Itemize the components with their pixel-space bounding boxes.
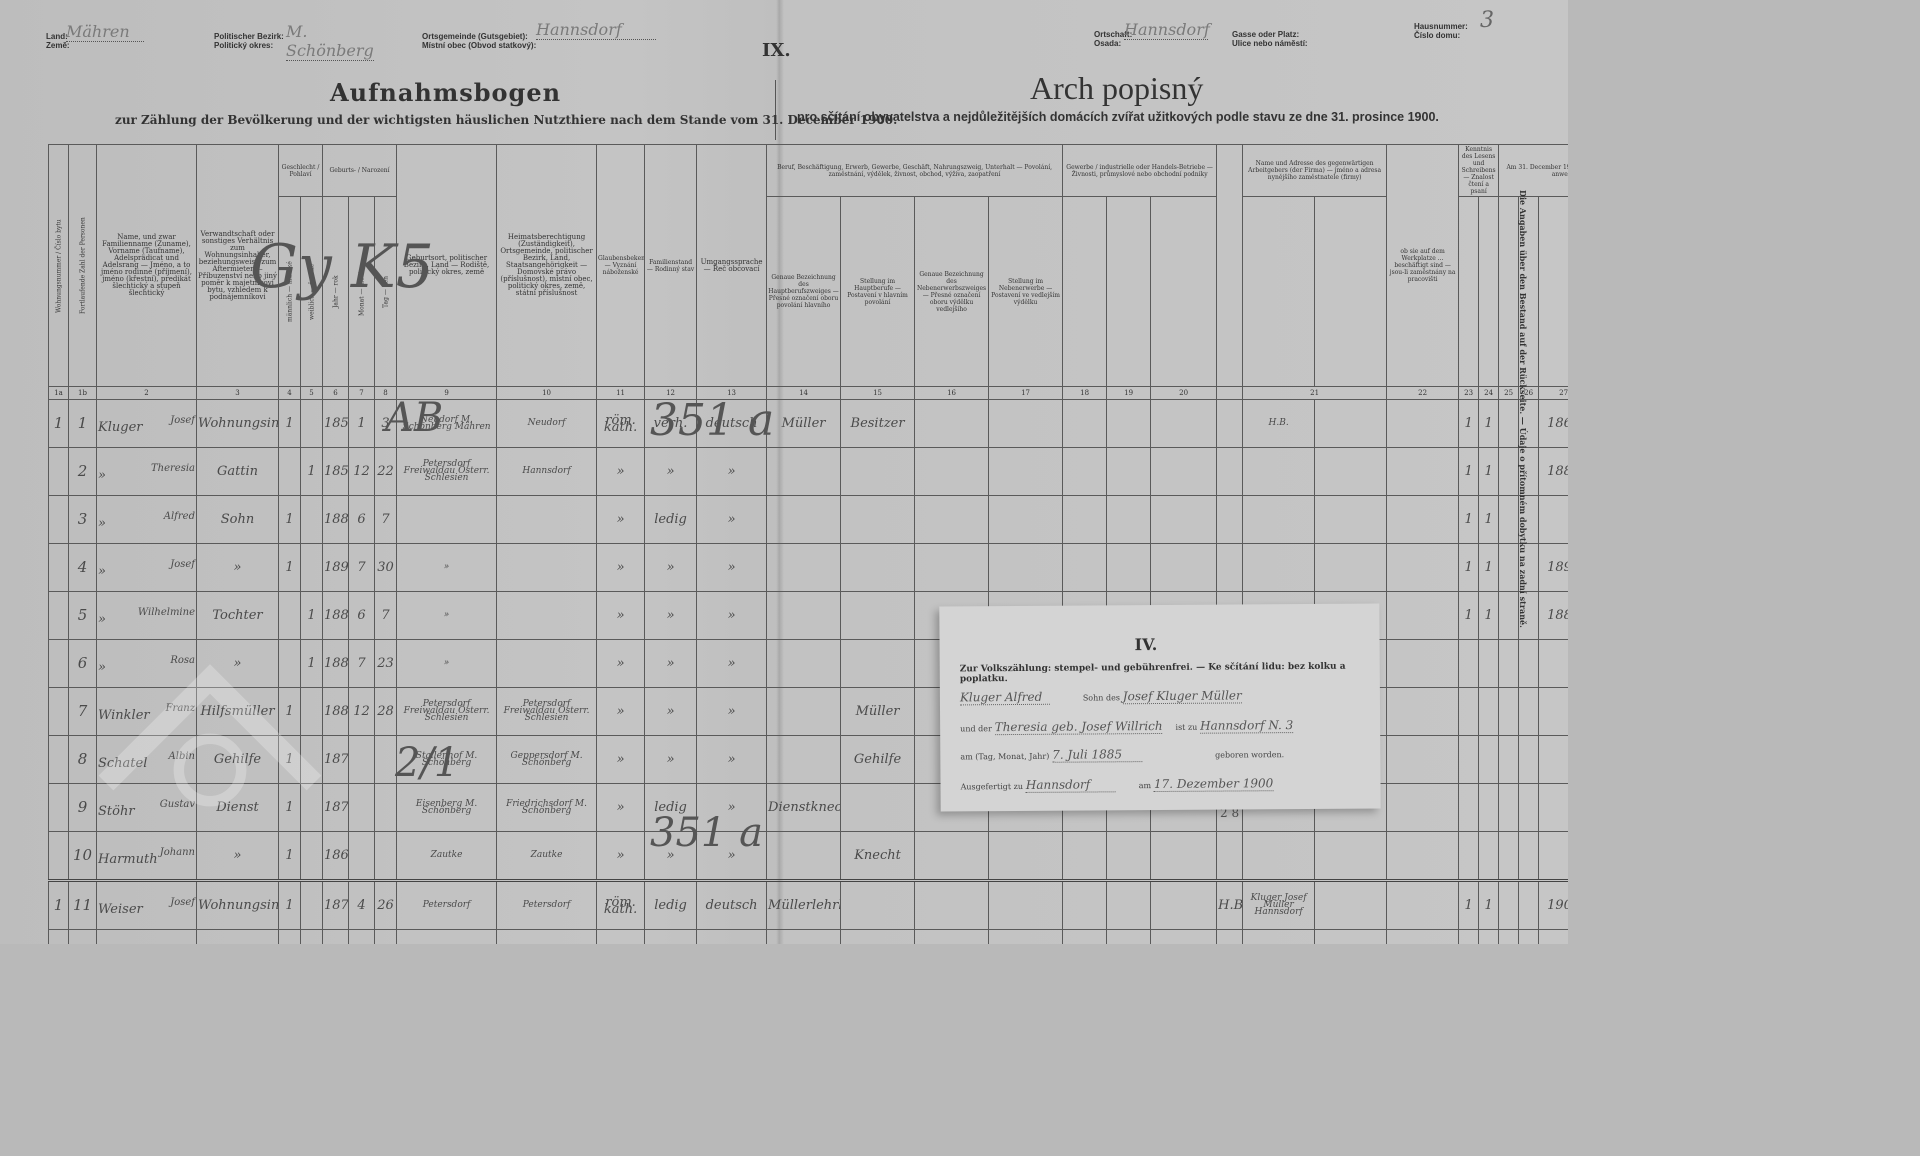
table-cell: 12 xyxy=(349,688,375,736)
table-cell xyxy=(767,640,841,688)
annotation-stamp: AB xyxy=(385,395,443,441)
colnum xyxy=(1217,387,1243,400)
table-cell: 1 xyxy=(301,592,323,640)
watermark-house-icon xyxy=(80,640,340,900)
table-cell xyxy=(1519,688,1539,736)
table-cell xyxy=(497,496,597,544)
table-cell xyxy=(1217,400,1243,448)
colnum: 1a xyxy=(49,387,69,400)
slip-am-label: am xyxy=(1139,781,1151,790)
table-cell: JosefineWinkler xyxy=(97,930,197,945)
table-cell: Petersdorf xyxy=(497,881,597,930)
table-cell: » xyxy=(397,544,497,592)
colnum: 24 xyxy=(1479,387,1499,400)
table-cell: Friedrichsdorf M. Schönberg xyxy=(497,784,597,832)
table-cell xyxy=(1063,832,1107,881)
table-cell xyxy=(767,544,841,592)
table-cell xyxy=(767,496,841,544)
table-cell: » xyxy=(397,640,497,688)
table-cell: 1852 xyxy=(323,448,349,496)
table-cell xyxy=(1499,784,1519,832)
table-cell: » xyxy=(697,688,767,736)
table-cell xyxy=(1519,640,1539,688)
table-cell: 22 xyxy=(375,448,397,496)
table-row: 12JosefineWinklerWirtschafterin11878Pete… xyxy=(49,930,1569,945)
table-cell xyxy=(767,736,841,784)
table-cell: 5 xyxy=(69,592,97,640)
table-cell xyxy=(915,400,989,448)
slip-mother-value: Theresia geb. Josef Willrich xyxy=(995,719,1163,735)
table-cell xyxy=(1243,930,1315,945)
table-cell xyxy=(1499,592,1519,640)
table-cell xyxy=(1315,832,1387,881)
table-cell: Gattin xyxy=(197,448,279,496)
table-cell xyxy=(1479,640,1499,688)
table-cell xyxy=(1063,400,1107,448)
col-21b-header xyxy=(1315,197,1387,387)
table-cell xyxy=(841,784,915,832)
table-cell xyxy=(349,784,375,832)
table-cell xyxy=(1519,832,1539,881)
table-cell xyxy=(49,736,69,784)
table-cell xyxy=(1499,544,1519,592)
table-cell xyxy=(841,448,915,496)
table-cell: 1 xyxy=(349,400,375,448)
table-cell xyxy=(1387,688,1459,736)
table-cell: » xyxy=(197,544,279,592)
subtitle-de: zur Zählung der Bevölkerung und der wich… xyxy=(115,113,897,127)
table-cell xyxy=(1315,400,1387,448)
table-cell xyxy=(1499,496,1519,544)
table-cell: Kluger Josef Müller Hannsdorf xyxy=(1243,881,1315,930)
table-cell xyxy=(349,832,375,881)
ortsgemeinde-label: Ortsgemeinde (Gutsgebiet):Místní obec (O… xyxy=(422,32,536,50)
colnum: 25 xyxy=(1499,387,1519,400)
table-cell xyxy=(597,930,645,945)
col-1b-header: Fortlaufende Zahl der Personen xyxy=(69,145,97,387)
table-cell: Geppersdorf M. Schönberg xyxy=(497,736,597,784)
table-cell: JosefKluger xyxy=(97,400,197,448)
table-cell xyxy=(841,640,915,688)
table-cell xyxy=(841,496,915,544)
table-cell: » xyxy=(697,640,767,688)
slip-sohn-label: Sohn des xyxy=(1083,693,1120,702)
table-cell: Wohnungsinhaber xyxy=(197,400,279,448)
table-cell xyxy=(279,448,301,496)
table-cell xyxy=(767,688,841,736)
table-cell: » xyxy=(597,592,645,640)
table-cell xyxy=(1499,400,1519,448)
table-cell: » xyxy=(597,784,645,832)
colnum: 1b xyxy=(69,387,97,400)
table-row: 2Theresia»Gattin118521222Petersdorf Frei… xyxy=(49,448,1569,496)
table-cell xyxy=(1387,592,1459,640)
table-cell xyxy=(1151,544,1217,592)
table-cell xyxy=(841,592,915,640)
col-14-header: Genaue Bezeichnung des Hauptberufszweige… xyxy=(767,197,841,387)
col-18-header xyxy=(1063,197,1107,387)
table-cell: Zautke xyxy=(397,832,497,881)
table-cell xyxy=(767,832,841,881)
fold-line xyxy=(775,80,776,140)
table-cell: » xyxy=(697,496,767,544)
table-cell xyxy=(375,784,397,832)
table-cell xyxy=(1243,544,1315,592)
slip-issued-value: Hannsdorf xyxy=(1026,777,1116,793)
bezirk-value: M. Schönberg xyxy=(286,22,374,61)
col-vertical-note xyxy=(1217,145,1243,387)
gasse-label: Gasse oder Platz:Ulice nebo náměstí: xyxy=(1232,30,1308,48)
colnum: 17 xyxy=(989,387,1063,400)
table-cell: Petersdorf Freiwaldau Österr. Schlesien xyxy=(397,688,497,736)
table-cell: Besitzer xyxy=(841,400,915,448)
table-cell xyxy=(1107,448,1151,496)
col-21-header: Name und Adresse des gegenwärtigen Arbei… xyxy=(1243,145,1387,197)
table-cell: 1900 xyxy=(1539,881,1568,930)
col-22-header: ob sie auf dem Werkplatze … beschäftigt … xyxy=(1387,145,1459,387)
table-cell: 1878 xyxy=(323,930,349,945)
table-cell: » xyxy=(697,448,767,496)
table-cell xyxy=(1539,930,1568,945)
table-cell: 1885 xyxy=(1539,448,1568,496)
table-cell xyxy=(49,544,69,592)
table-cell xyxy=(1387,640,1459,688)
col-23-header xyxy=(1459,197,1479,387)
colnum: 23 xyxy=(1459,387,1479,400)
table-cell: 26 xyxy=(375,881,397,930)
table-cell xyxy=(915,496,989,544)
table-row: 3Alfred»Sohn1188567»ledig»11M. Schönberg… xyxy=(49,496,1569,544)
table-cell xyxy=(49,448,69,496)
colnum: 4 xyxy=(279,387,301,400)
table-cell: 7 xyxy=(349,640,375,688)
slip-name-value: Kluger Alfred xyxy=(960,690,1050,706)
table-cell xyxy=(1151,496,1217,544)
table-cell: Müller xyxy=(841,688,915,736)
table-cell xyxy=(375,736,397,784)
table-cell: röm. kath. xyxy=(597,881,645,930)
table-cell: 1 xyxy=(1459,448,1479,496)
col-23-24-header: Kenntnis des Lesens und Schreibens — Zna… xyxy=(1459,145,1499,197)
slip-name-line: Kluger Alfred Sohn des Josef Kluger Müll… xyxy=(960,688,1242,705)
table-cell xyxy=(645,930,697,945)
table-cell: Petersdorf Freiwaldau xyxy=(397,930,497,945)
table-cell: Petersdorf Freiwaldau Österr. Schlesien xyxy=(497,688,597,736)
colnum: 21 xyxy=(1243,387,1387,400)
table-cell xyxy=(497,544,597,592)
col-24-header xyxy=(1479,197,1499,387)
table-cell xyxy=(1315,881,1387,930)
table-cell: 1 xyxy=(49,881,69,930)
col-14-17-header: Beruf, Beschäftigung, Erwerb, Gewerbe, G… xyxy=(767,145,1063,197)
table-cell xyxy=(1315,930,1387,945)
table-cell xyxy=(1107,881,1151,930)
table-cell: Gehilfe xyxy=(841,736,915,784)
col-15-header: Stellung im Hauptberufe — Postavení v hl… xyxy=(841,197,915,387)
table-cell: 1 xyxy=(69,400,97,448)
table-cell: 1 xyxy=(279,400,301,448)
form-number: IX. xyxy=(762,40,791,61)
bezirk-label: Politischer Bezirk:Politický okres: xyxy=(214,32,284,50)
table-cell: » xyxy=(597,448,645,496)
table-cell xyxy=(989,544,1063,592)
slip-date-line: am (Tag, Monat, Jahr) 7. Juli 1885 gebor… xyxy=(960,746,1284,763)
table-cell: » xyxy=(697,544,767,592)
table-cell xyxy=(1499,930,1519,945)
table-cell: 1893 xyxy=(1539,544,1568,592)
table-cell xyxy=(1107,400,1151,448)
table-cell: 1893 xyxy=(323,544,349,592)
table-cell: Neudorf xyxy=(497,400,597,448)
table-cell xyxy=(1107,832,1151,881)
table-cell: Müllerlehrling xyxy=(767,881,841,930)
table-cell: 1869 xyxy=(1539,400,1568,448)
table-cell xyxy=(1479,832,1499,881)
table-cell xyxy=(1107,930,1151,945)
colnum: 20 xyxy=(1151,387,1217,400)
slip-geboren-label: geboren worden. xyxy=(1215,750,1284,759)
table-cell xyxy=(1539,784,1568,832)
colnum: 3 xyxy=(197,387,279,400)
table-cell: 6 xyxy=(349,496,375,544)
table-cell xyxy=(1387,832,1459,881)
annotation-stamp: 2/1 xyxy=(395,740,459,786)
side-note: Die Angaben über den Bestand auf der Rüc… xyxy=(1518,190,1528,628)
table-cell xyxy=(1107,544,1151,592)
table-cell: » xyxy=(597,688,645,736)
colnum: 2 xyxy=(97,387,197,400)
table-cell: » xyxy=(645,448,697,496)
table-cell xyxy=(1315,496,1387,544)
table-cell: » xyxy=(597,496,645,544)
table-cell: 1 xyxy=(1479,400,1499,448)
table-cell xyxy=(1479,688,1499,736)
table-cell: 2 xyxy=(69,448,97,496)
table-cell: » xyxy=(697,736,767,784)
colnum: 10 xyxy=(497,387,597,400)
table-cell: Josef» xyxy=(97,544,197,592)
table-cell: Müller xyxy=(767,400,841,448)
col-16-header: Genaue Bezeichnung des Nebenerwerbszweig… xyxy=(915,197,989,387)
colnum: 5 xyxy=(301,387,323,400)
table-cell xyxy=(279,592,301,640)
colnum: 14 xyxy=(767,387,841,400)
table-cell xyxy=(697,930,767,945)
table-cell xyxy=(1479,930,1499,945)
ortschaft-value: Hannsdorf xyxy=(1124,20,1208,40)
table-cell: 1 xyxy=(279,496,301,544)
table-cell: » xyxy=(597,736,645,784)
table-cell: Eisenberg M. Schönberg xyxy=(397,784,497,832)
table-cell xyxy=(1243,832,1315,881)
table-cell: 4 xyxy=(349,881,375,930)
table-cell: H.B. xyxy=(1243,400,1315,448)
colnum: 6 xyxy=(323,387,349,400)
table-cell: röm. kath. xyxy=(597,400,645,448)
table-cell xyxy=(49,832,69,881)
colnum: 18 xyxy=(1063,387,1107,400)
table-cell xyxy=(1063,544,1107,592)
table-cell xyxy=(349,736,375,784)
col-20-header xyxy=(1151,197,1217,387)
title-cz: Arch popisný xyxy=(1030,70,1203,107)
slip-issued-line: Ausgefertigt zu Hannsdorf am 17. Dezembe… xyxy=(960,776,1273,793)
table-cell xyxy=(1151,400,1217,448)
table-cell xyxy=(1499,688,1519,736)
table-cell xyxy=(1459,640,1479,688)
table-cell: 6 xyxy=(349,592,375,640)
table-cell xyxy=(1063,448,1107,496)
table-cell: 1 xyxy=(279,544,301,592)
table-cell: » xyxy=(697,592,767,640)
table-row: 11JosefKlugerWohnungsinhaber1185213Neudo… xyxy=(49,400,1569,448)
table-cell xyxy=(1499,448,1519,496)
table-cell: Hannsdorf xyxy=(497,448,597,496)
table-cell xyxy=(1479,784,1499,832)
slip-heading: Zur Volkszählung: stempel- und gebührenf… xyxy=(960,661,1380,684)
col-12-header: Familienstand — Rodinný stav xyxy=(645,145,697,387)
birth-certificate-slip: IV. Zur Volkszählung: stempel- und gebüh… xyxy=(939,603,1380,811)
subtitle-cz: pro sčítání obyvatelstva a nejdůležitějš… xyxy=(797,110,1439,124)
col-10-header: Heimatsberechtigung (Zuständigkeit), Ort… xyxy=(497,145,597,387)
table-cell xyxy=(1519,881,1539,930)
table-cell: ledig xyxy=(645,496,697,544)
table-cell: 1 xyxy=(1479,448,1499,496)
table-cell xyxy=(1519,784,1539,832)
col-25-29-header: Am 31. December 1900 / Dne 31. prosince … xyxy=(1499,145,1568,197)
table-cell xyxy=(989,930,1063,945)
colnum: 19 xyxy=(1107,387,1151,400)
table-cell: 1887 xyxy=(323,592,349,640)
table-cell xyxy=(915,448,989,496)
table-cell: » xyxy=(597,640,645,688)
table-cell xyxy=(1539,688,1568,736)
hausnummer-value: 3 xyxy=(1480,8,1494,33)
table-cell: 1 xyxy=(1459,544,1479,592)
table-cell xyxy=(1479,736,1499,784)
table-cell xyxy=(1387,784,1459,832)
table-cell: » xyxy=(645,544,697,592)
table-cell xyxy=(1459,784,1479,832)
table-cell xyxy=(1519,930,1539,945)
table-cell: 28 xyxy=(375,688,397,736)
table-cell xyxy=(1217,930,1243,945)
slip-und-label: und der xyxy=(960,724,992,733)
table-cell: 1 xyxy=(1459,881,1479,930)
table-cell: 1 xyxy=(1459,592,1479,640)
table-cell: 1 xyxy=(1459,496,1479,544)
table-cell xyxy=(989,400,1063,448)
table-cell: 1885 xyxy=(323,496,349,544)
land-value: Mähren xyxy=(66,22,144,42)
title-de: Aufnahmsbogen xyxy=(330,78,561,107)
slip-ist-label: ist zu xyxy=(1175,723,1197,732)
table-cell: Petersdorf xyxy=(397,881,497,930)
table-cell xyxy=(1387,448,1459,496)
table-cell xyxy=(1459,930,1479,945)
table-cell xyxy=(279,930,301,945)
table-cell xyxy=(1459,832,1479,881)
colnum: 27 xyxy=(1539,387,1568,400)
annotation-stamp: Gy K5 xyxy=(250,232,434,302)
table-cell xyxy=(841,881,915,930)
table-cell xyxy=(1217,448,1243,496)
colnum: 22 xyxy=(1387,387,1459,400)
table-cell: 1 xyxy=(1479,496,1499,544)
ortsgemeinde-value: Hannsdorf xyxy=(536,20,656,40)
table-cell: 1 xyxy=(1459,400,1479,448)
table-cell: 7 xyxy=(375,496,397,544)
table-cell xyxy=(497,640,597,688)
table-cell xyxy=(1315,544,1387,592)
table-cell: 1 xyxy=(301,448,323,496)
slip-date-label: am (Tag, Monat, Jahr) xyxy=(960,752,1049,762)
table-cell xyxy=(301,496,323,544)
table-cell xyxy=(1151,448,1217,496)
table-cell xyxy=(915,881,989,930)
table-cell xyxy=(1243,496,1315,544)
table-cell xyxy=(1063,930,1107,945)
table-cell xyxy=(397,496,497,544)
table-cell xyxy=(767,448,841,496)
col-17-header: Stellung im Nebenerwerbe — Postavení ve … xyxy=(989,197,1063,387)
table-cell: » xyxy=(645,640,697,688)
table-cell xyxy=(49,688,69,736)
col-4-5-header: Geschlecht / Pohlaví xyxy=(279,145,323,197)
table-cell xyxy=(1387,496,1459,544)
table-cell: » xyxy=(645,736,697,784)
col-27-header xyxy=(1539,197,1568,387)
table-cell xyxy=(1107,496,1151,544)
table-cell xyxy=(1387,930,1459,945)
slip-number: IV. xyxy=(1134,635,1157,654)
table-cell xyxy=(1387,881,1459,930)
table-cell xyxy=(1387,736,1459,784)
table-cell: 30 xyxy=(375,544,397,592)
table-cell xyxy=(767,592,841,640)
table-cell xyxy=(1217,832,1243,881)
col-18-20-header: Gewerbe / industrielle oder Handels-Betr… xyxy=(1063,145,1217,197)
table-cell: Zautke xyxy=(497,832,597,881)
table-cell xyxy=(1217,496,1243,544)
table-cell: 1 xyxy=(1479,881,1499,930)
table-cell: Dienstknecht xyxy=(767,784,841,832)
table-cell: Theresia» xyxy=(97,448,197,496)
table-cell xyxy=(1217,544,1243,592)
col-25-header xyxy=(1499,197,1519,387)
table-cell: 1 xyxy=(1479,592,1499,640)
table-cell xyxy=(1519,736,1539,784)
table-cell: Wilhelmine» xyxy=(97,592,197,640)
colnum: 11 xyxy=(597,387,645,400)
table-cell xyxy=(1387,400,1459,448)
table-cell xyxy=(49,592,69,640)
col-21a-header xyxy=(1243,197,1315,387)
table-cell xyxy=(49,930,69,945)
table-cell: Alfred» xyxy=(97,496,197,544)
slip-am-value: 17. Dezember 1900 xyxy=(1154,776,1273,792)
table-cell xyxy=(1499,832,1519,881)
table-cell xyxy=(989,448,1063,496)
table-cell xyxy=(1499,881,1519,930)
table-cell: 1887 xyxy=(1539,592,1568,640)
table-cell xyxy=(49,784,69,832)
column-number-row: 1a 1b 2 3 4 5 6 7 8 9 10 11 12 13 14 15 … xyxy=(49,387,1569,400)
annotation-stamp: 351 a xyxy=(650,810,763,856)
table-cell xyxy=(1063,496,1107,544)
table-cell xyxy=(1151,881,1217,930)
slip-date-value: 7. Juli 1885 xyxy=(1052,747,1142,763)
